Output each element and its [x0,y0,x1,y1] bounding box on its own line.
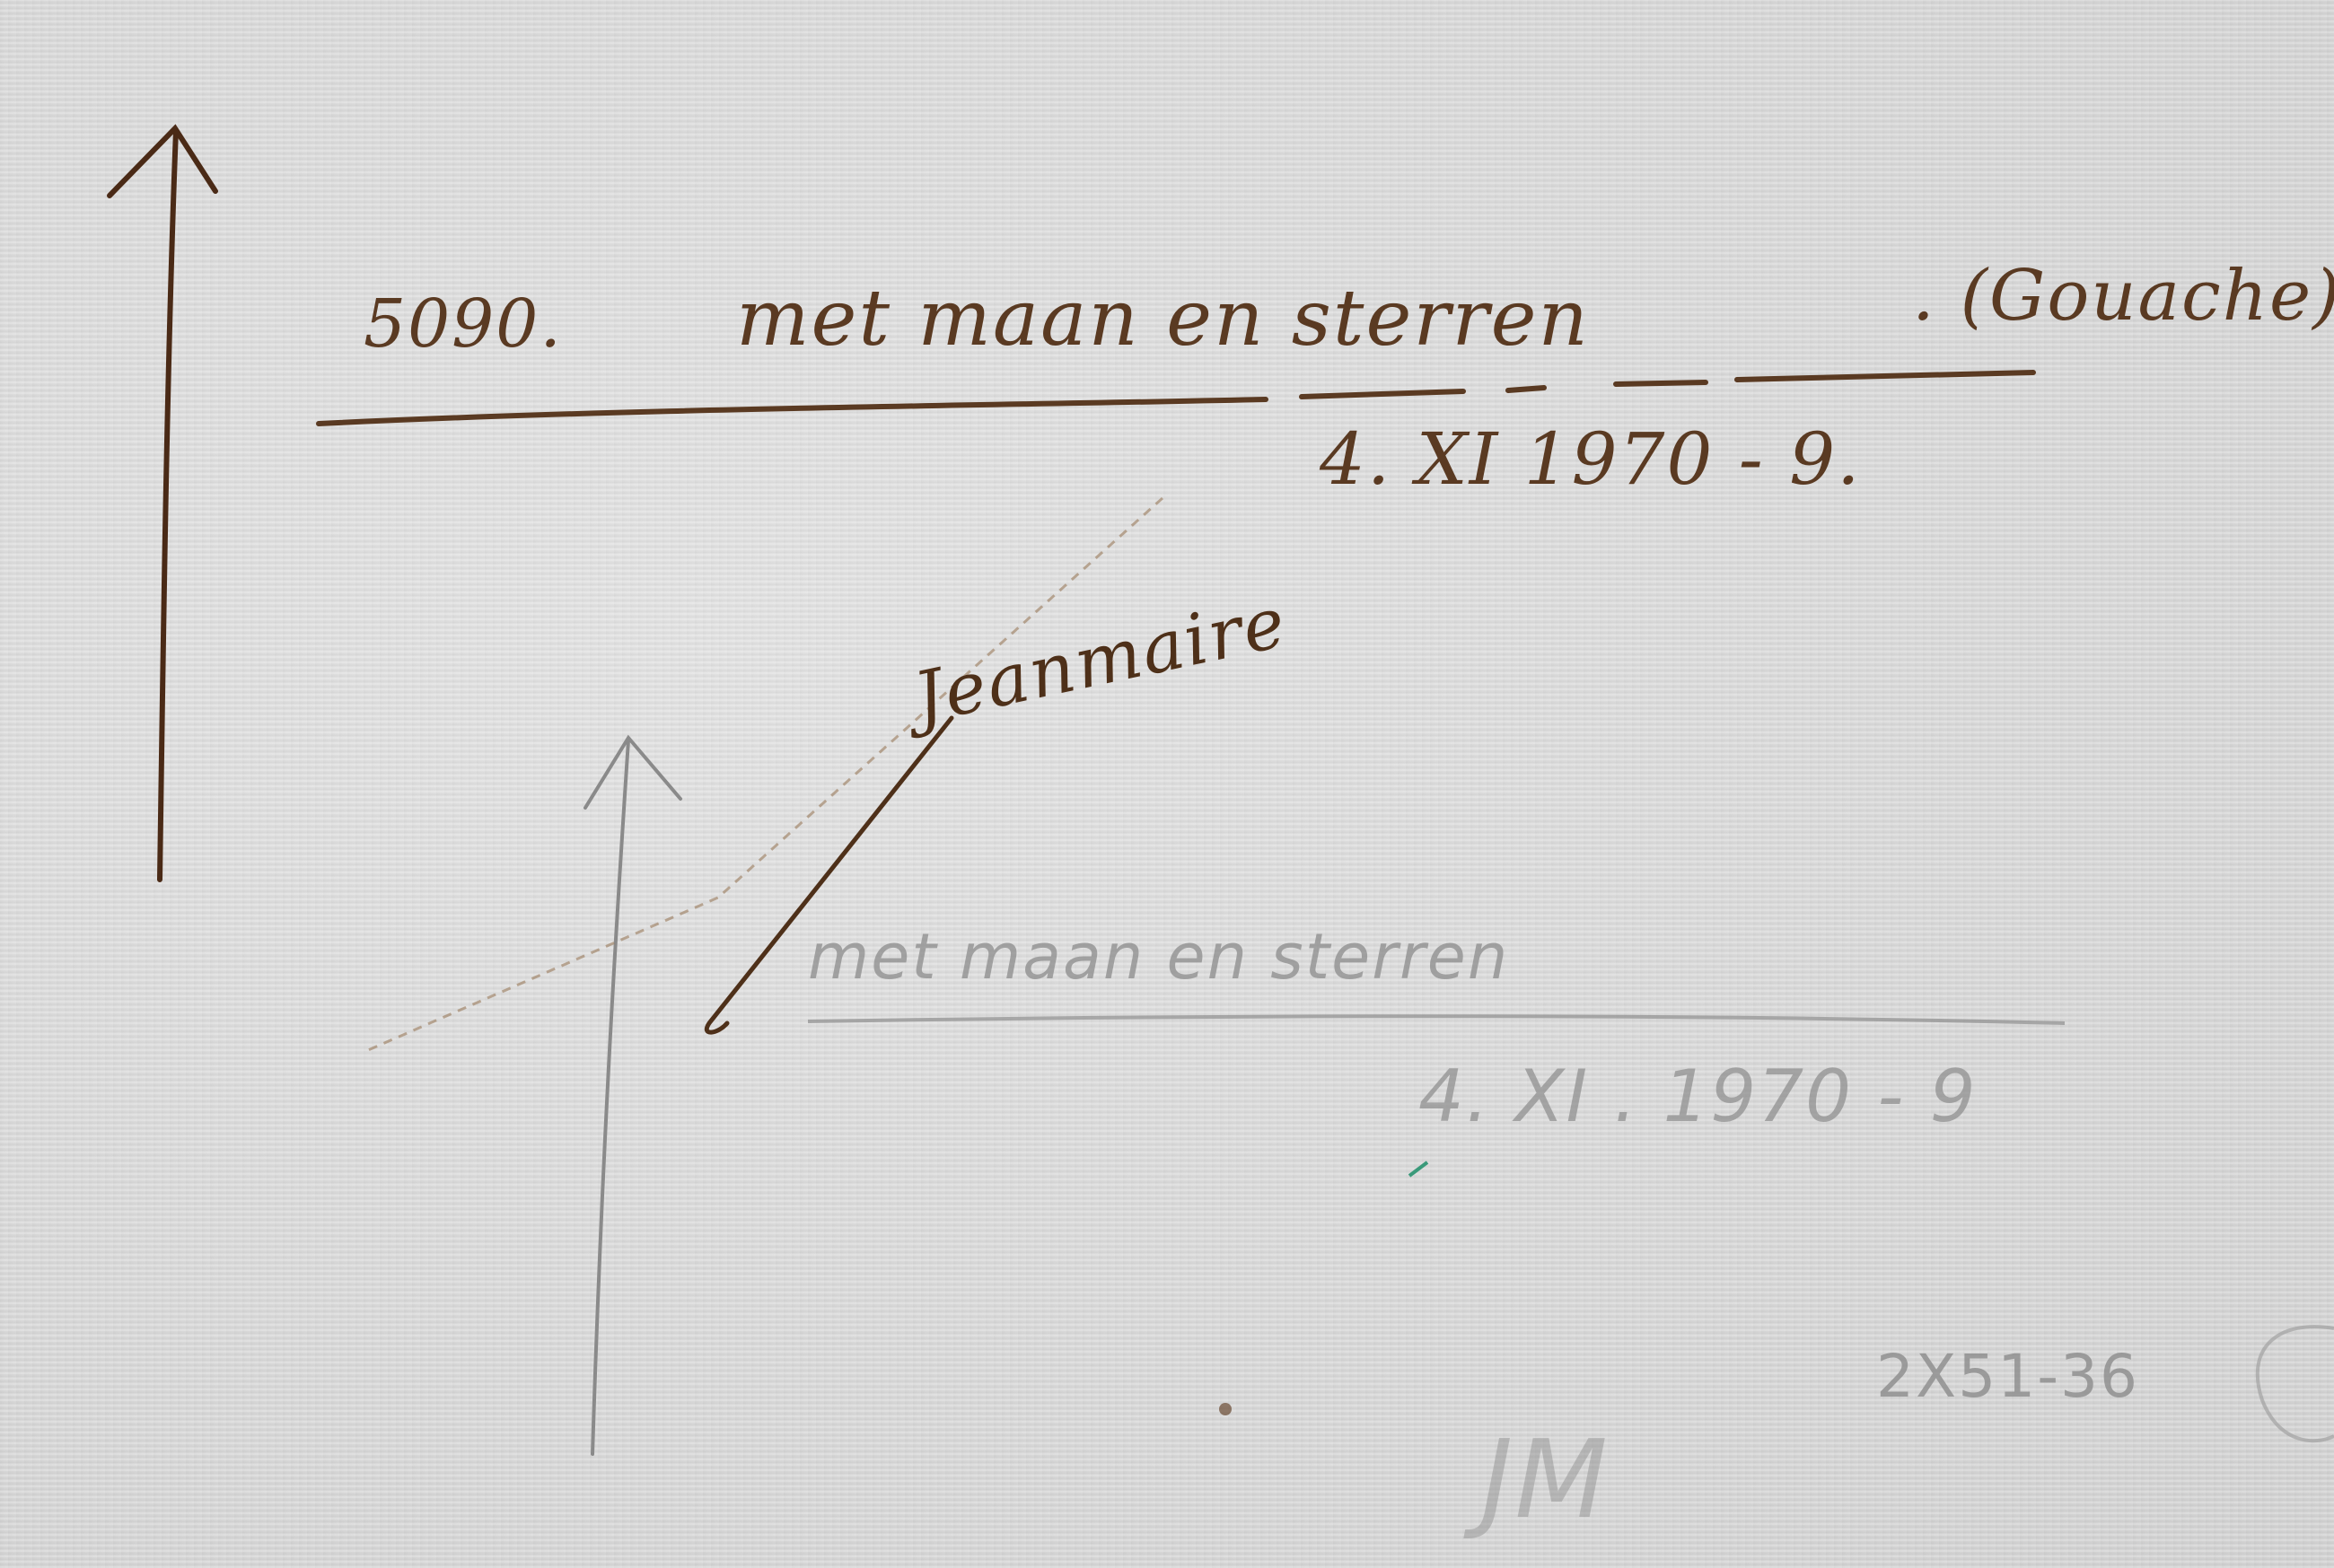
pencil-partial-circle [2258,1327,2334,1441]
dimensions-pencil: 2X51-36 [1876,1342,2139,1411]
ink-up-arrow-icon [110,128,215,880]
artwork-date-ink: 4. XI 1970 - 9. [1320,417,1862,501]
artwork-medium: . (Gouache) [1912,256,2334,337]
artwork-date-pencil: 4. XI . 1970 - 9 [1418,1055,1978,1138]
handwritten-strokes [0,0,2334,1568]
ink-dot [1219,1403,1232,1415]
catalog-number: 5090. [364,285,563,363]
artwork-title-ink: met maan en sterren [736,274,1590,364]
green-mark [1409,1162,1427,1176]
initials-pencil: JM [1481,1418,1610,1543]
pencil-up-arrow-icon [585,738,680,1454]
artwork-title-pencil: met maan en sterren [808,920,1509,994]
pencil-underline [808,1016,2065,1023]
ink-underline [319,372,2033,424]
